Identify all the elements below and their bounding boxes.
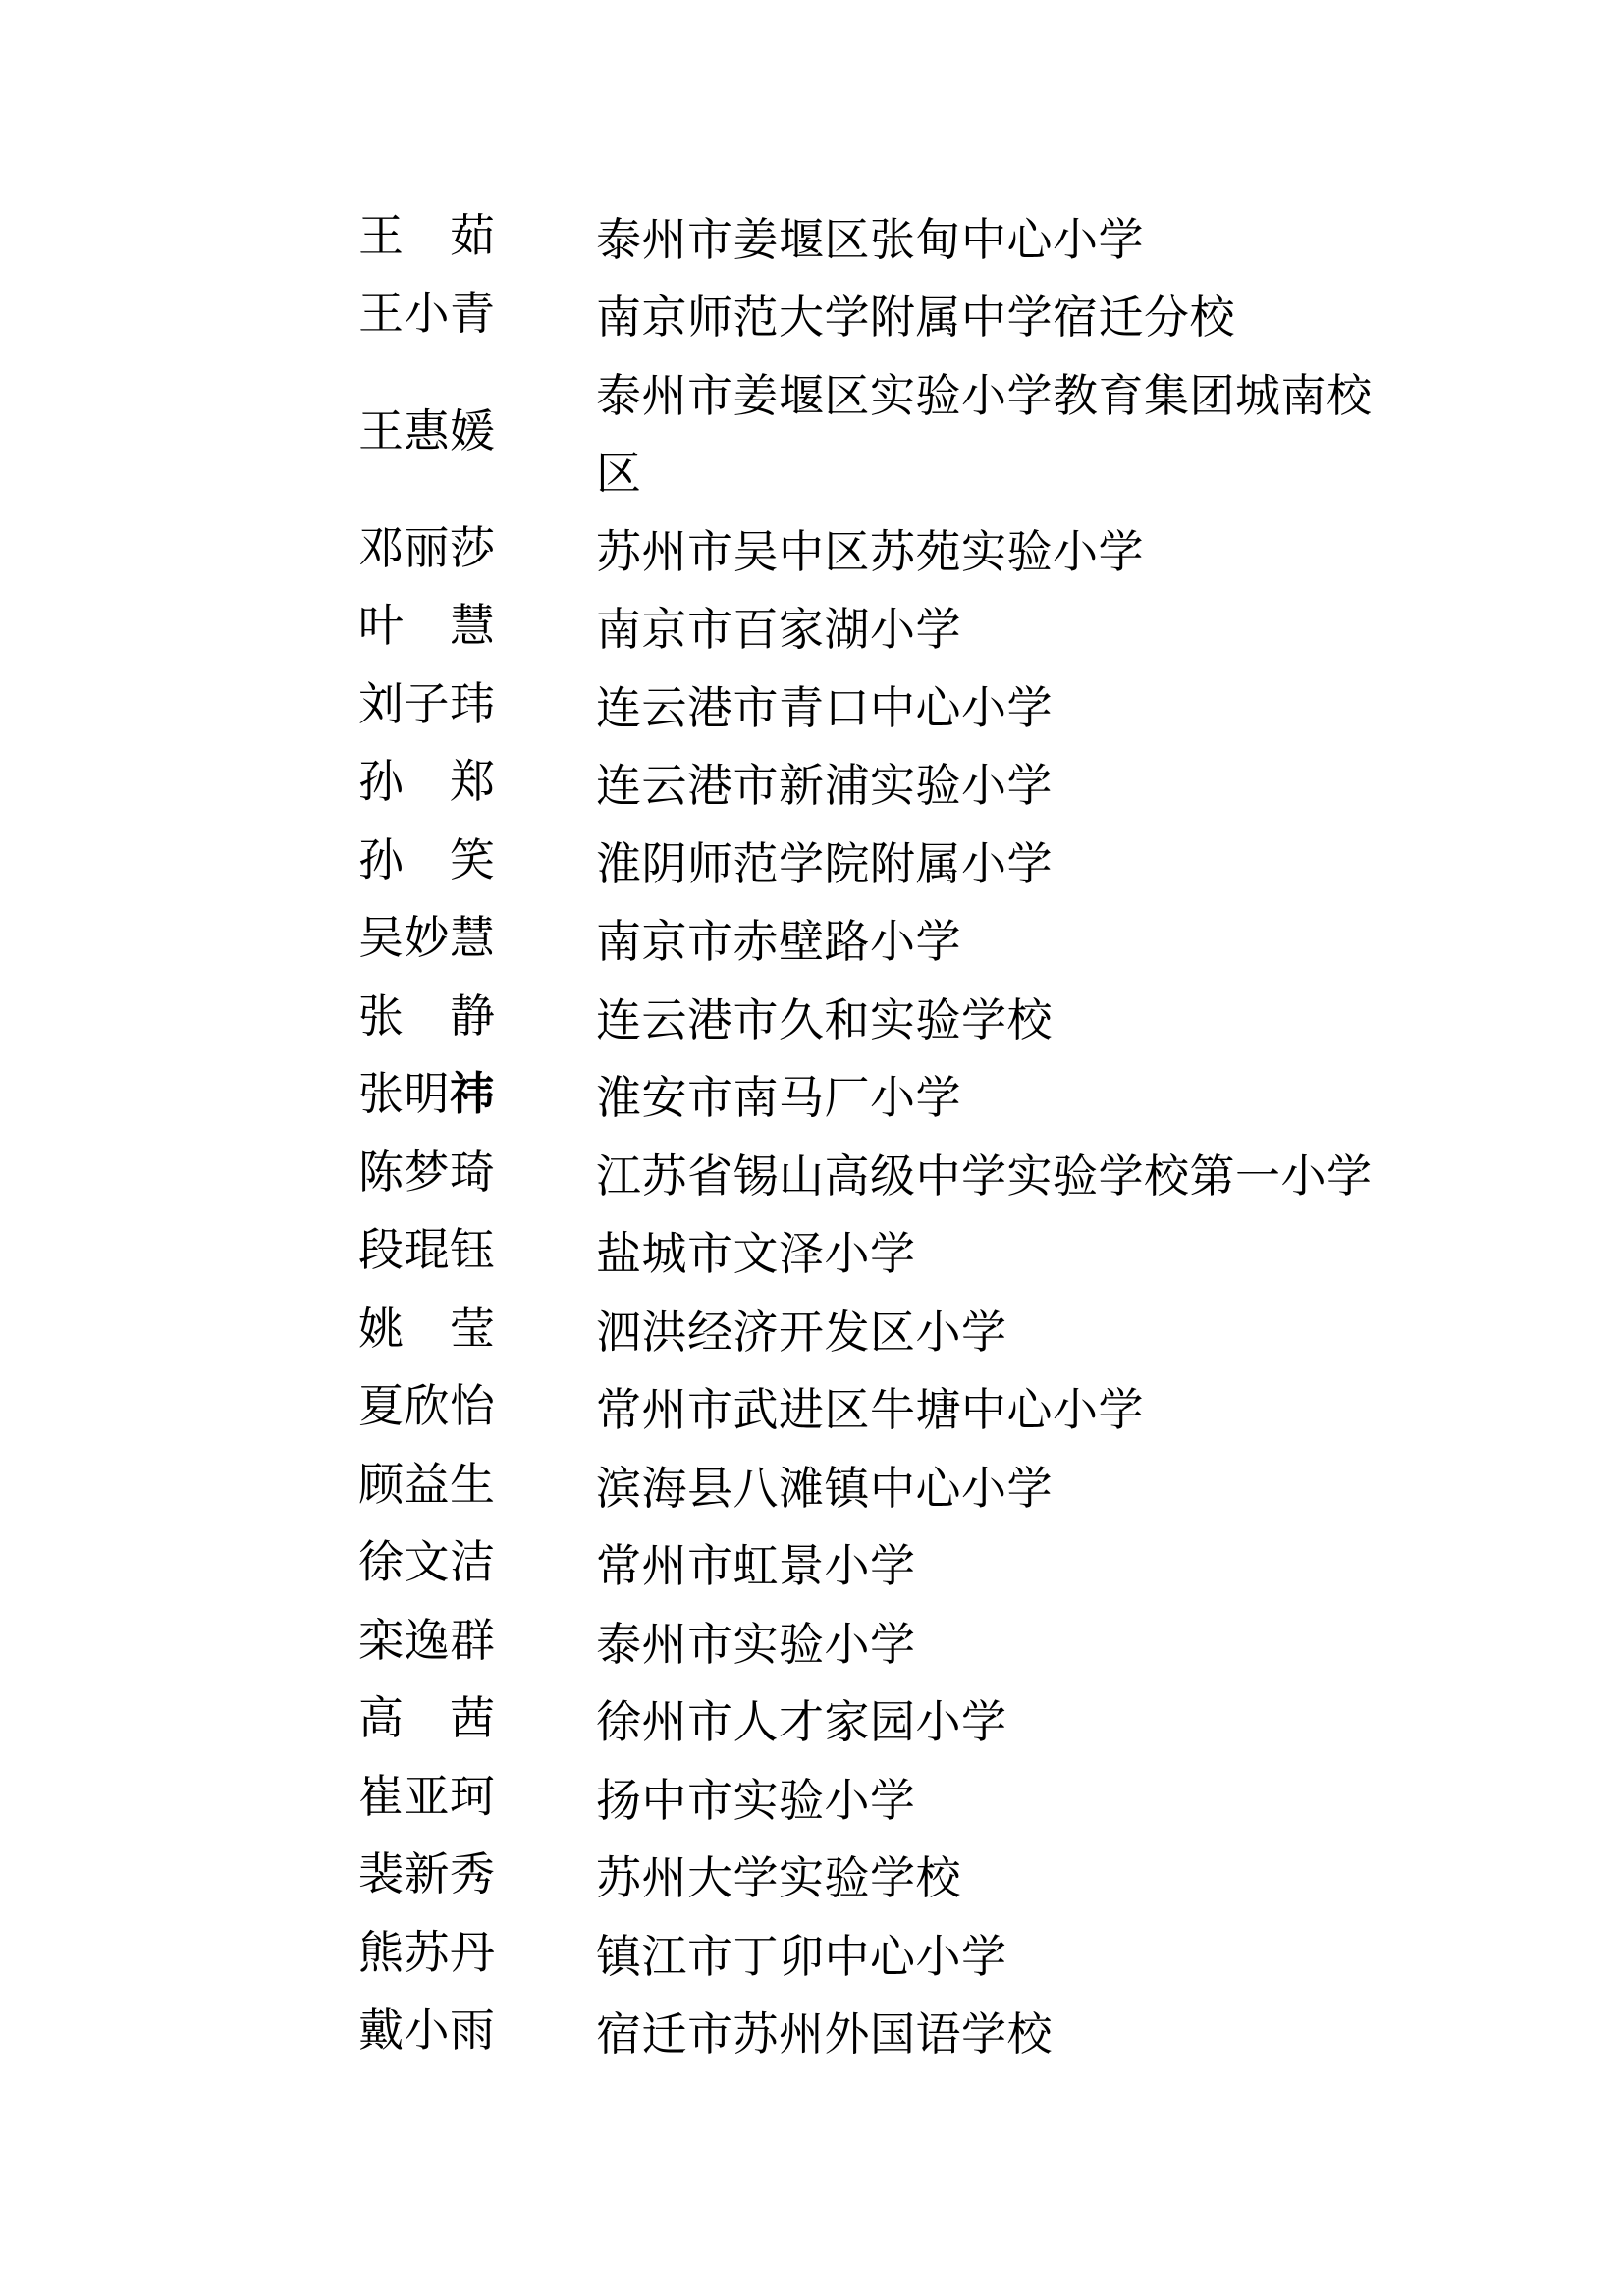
school-name: 泗洪经济开发区小学: [596, 1290, 1007, 1368]
teacher-name-text: 王 茹: [358, 211, 496, 261]
school-name: 常州市虹景小学: [596, 1524, 916, 1603]
teacher-name: 栾逸群: [358, 1619, 497, 1664]
teacher-name: 张 静: [358, 994, 497, 1040]
teacher-name: 王惠媛: [358, 409, 497, 454]
teacher-name: 徐文洁: [358, 1540, 497, 1585]
school-name-line: 泰州市姜堰区实验小学教育集团城南校: [596, 353, 1373, 432]
teacher-name: 陈梦琦: [358, 1150, 497, 1196]
teacher-name: 段琨钰: [358, 1228, 497, 1273]
roster-row: 崔亚珂扬中市实验小学: [358, 1758, 1373, 1837]
teacher-name-text: 王惠媛: [358, 406, 496, 456]
school-name: 扬中市实验小学: [596, 1758, 916, 1837]
teacher-name-text: 叶 慧: [358, 601, 496, 651]
teacher-name: 邓丽莎: [358, 526, 497, 571]
school-name: 滨海县八滩镇中心小学: [596, 1446, 1053, 1524]
teacher-name: 王 茹: [358, 214, 497, 259]
roster-row: 王 茹泰州市姜堰区张甸中心小学: [358, 197, 1373, 276]
school-name-line: 淮阴师范学院附属小学: [596, 822, 1053, 900]
roster-row: 王惠媛泰州市姜堰区实验小学教育集团城南校区: [358, 353, 1373, 509]
teacher-name-text: 裴新秀: [358, 1849, 496, 1899]
school-name: 镇江市丁卯中心小学: [596, 1914, 1007, 1993]
teacher-name-text: 张 静: [358, 991, 496, 1041]
teacher-name-text: 崔亚珂: [358, 1772, 496, 1822]
school-name-line: 连云港市青口中心小学: [596, 666, 1053, 744]
teacher-name-text: 栾逸群: [358, 1616, 496, 1666]
school-name-line: 镇江市丁卯中心小学: [596, 1914, 1007, 1993]
teacher-name: 吴妙慧: [358, 916, 497, 961]
teacher-name: 刘子玮: [358, 682, 497, 727]
school-name-line: 苏州大学实验学校: [596, 1837, 961, 1915]
teacher-name-text: 刘子玮: [358, 679, 496, 729]
school-name: 南京市百家湖小学: [596, 588, 961, 667]
teacher-name: 王小青: [358, 292, 497, 337]
school-name: 盐城市文泽小学: [596, 1212, 916, 1291]
teacher-name: 戴小雨: [358, 2008, 497, 2054]
roster-row: 邓丽莎苏州市吴中区苏苑实验小学: [358, 509, 1373, 588]
teacher-name-text: 顾益生: [358, 1460, 496, 1510]
roster-row: 姚 莹泗洪经济开发区小学: [358, 1290, 1373, 1368]
school-name-line: 泰州市实验小学: [596, 1602, 916, 1681]
school-name: 连云港市久和实验学校: [596, 978, 1053, 1056]
teacher-name: 崔亚珂: [358, 1775, 497, 1820]
school-name-line: 连云港市久和实验学校: [596, 978, 1053, 1056]
roster-row: 吴妙慧南京市赤壁路小学: [358, 900, 1373, 979]
teacher-name-text: 姚 莹: [358, 1304, 496, 1354]
teacher-name: 叶 慧: [358, 604, 497, 649]
school-name-line: 南京师范大学附属中学宿迁分校: [596, 276, 1235, 354]
roster-row: 高 茜徐州市人才家园小学: [358, 1681, 1373, 1759]
teacher-name-text: 夏欣怡: [358, 1381, 496, 1431]
roster-row: 裴新秀苏州大学实验学校: [358, 1837, 1373, 1915]
school-name-line: 常州市武进区牛塘中心小学: [596, 1368, 1144, 1447]
roster-row: 陈梦琦江苏省锡山高级中学实验学校第一小学: [358, 1134, 1373, 1212]
roster-row: 张 静连云港市久和实验学校: [358, 978, 1373, 1056]
roster-row: 王小青南京师范大学附属中学宿迁分校: [358, 276, 1373, 354]
school-name-line: 泗洪经济开发区小学: [596, 1290, 1007, 1368]
school-name-line: 南京市赤壁路小学: [596, 900, 961, 979]
teacher-name-text: 孙 郑: [358, 757, 496, 807]
teacher-name: 夏欣怡: [358, 1384, 497, 1429]
school-name-line: 泰州市姜堰区张甸中心小学: [596, 197, 1144, 276]
teacher-name: 熊苏丹: [358, 1931, 497, 1976]
school-name-line: 宿迁市苏州外国语学校: [596, 1993, 1053, 2071]
school-name-line: 徐州市人才家园小学: [596, 1681, 1007, 1759]
teacher-name: 顾益生: [358, 1463, 497, 1508]
teacher-name-text: 徐文洁: [358, 1537, 496, 1587]
roster-row: 夏欣怡常州市武进区牛塘中心小学: [358, 1368, 1373, 1447]
school-name: 常州市武进区牛塘中心小学: [596, 1368, 1144, 1447]
school-name: 泰州市姜堰区张甸中心小学: [596, 197, 1144, 276]
school-name: 苏州市吴中区苏苑实验小学: [596, 509, 1144, 588]
school-name-line: 扬中市实验小学: [596, 1758, 916, 1837]
roster-row: 孙 郑连云港市新浦实验小学: [358, 744, 1373, 823]
school-name-line: 连云港市新浦实验小学: [596, 744, 1053, 823]
teacher-name: 裴新秀: [358, 1852, 497, 1897]
teacher-name-text: 段琨钰: [358, 1225, 496, 1275]
school-name-line: 盐城市文泽小学: [596, 1212, 916, 1291]
school-name: 徐州市人才家园小学: [596, 1681, 1007, 1759]
teacher-name: 孙 笑: [358, 838, 497, 883]
school-name: 苏州大学实验学校: [596, 1837, 961, 1915]
teacher-name-text: 孙 笑: [358, 835, 496, 885]
school-name-line: 区: [596, 432, 1373, 510]
school-name-line: 苏州市吴中区苏苑实验小学: [596, 509, 1144, 588]
roster-row: 顾益生滨海县八滩镇中心小学: [358, 1446, 1373, 1524]
teacher-name: 高 茜: [358, 1696, 497, 1741]
teacher-name-text: 高 茜: [358, 1693, 496, 1743]
school-name: 江苏省锡山高级中学实验学校第一小学: [596, 1134, 1373, 1212]
school-name: 连云港市青口中心小学: [596, 666, 1053, 744]
teacher-name-text: 熊苏丹: [358, 1928, 496, 1978]
teacher-roster: 王 茹泰州市姜堰区张甸中心小学王小青南京师范大学附属中学宿迁分校王惠媛泰州市姜堰…: [358, 197, 1373, 2070]
teacher-name: 姚 莹: [358, 1307, 497, 1352]
teacher-name-text: 吴妙慧: [358, 913, 496, 963]
roster-row: 叶 慧南京市百家湖小学: [358, 588, 1373, 667]
teacher-name: 孙 郑: [358, 760, 497, 805]
document-page: 王 茹泰州市姜堰区张甸中心小学王小青南京师范大学附属中学宿迁分校王惠媛泰州市姜堰…: [0, 0, 1624, 2296]
roster-row: 栾逸群泰州市实验小学: [358, 1602, 1373, 1681]
school-name-line: 常州市虹景小学: [596, 1524, 916, 1603]
school-name: 南京师范大学附属中学宿迁分校: [596, 276, 1235, 354]
roster-row: 熊苏丹镇江市丁卯中心小学: [358, 1914, 1373, 1993]
roster-row: 张明祎淮安市南马厂小学: [358, 1056, 1373, 1135]
school-name: 连云港市新浦实验小学: [596, 744, 1053, 823]
school-name: 淮阴师范学院附属小学: [596, 822, 1053, 900]
school-name-line: 南京市百家湖小学: [596, 588, 961, 667]
school-name-line: 滨海县八滩镇中心小学: [596, 1446, 1053, 1524]
roster-row: 刘子玮连云港市青口中心小学: [358, 666, 1373, 744]
teacher-name-text: 王小青: [358, 289, 496, 339]
roster-row: 孙 笑淮阴师范学院附属小学: [358, 822, 1373, 900]
roster-row: 戴小雨宿迁市苏州外国语学校: [358, 1993, 1373, 2071]
school-name-line: 淮安市南马厂小学: [596, 1056, 961, 1135]
teacher-name-text: 戴小雨: [358, 2005, 496, 2056]
school-name: 南京市赤壁路小学: [596, 900, 961, 979]
fallback-font-char: 祎: [450, 1069, 496, 1119]
roster-row: 段琨钰盐城市文泽小学: [358, 1212, 1373, 1291]
teacher-name-text: 邓丽莎: [358, 523, 496, 573]
school-name: 泰州市姜堰区实验小学教育集团城南校区: [596, 353, 1373, 509]
teacher-name-text: 张明: [358, 1069, 450, 1119]
school-name-line: 江苏省锡山高级中学实验学校第一小学: [596, 1134, 1373, 1212]
teacher-name-text: 陈梦琦: [358, 1148, 496, 1198]
teacher-name: 张明祎: [358, 1072, 497, 1117]
school-name: 淮安市南马厂小学: [596, 1056, 961, 1135]
roster-row: 徐文洁常州市虹景小学: [358, 1524, 1373, 1603]
school-name: 宿迁市苏州外国语学校: [596, 1993, 1053, 2071]
school-name: 泰州市实验小学: [596, 1602, 916, 1681]
